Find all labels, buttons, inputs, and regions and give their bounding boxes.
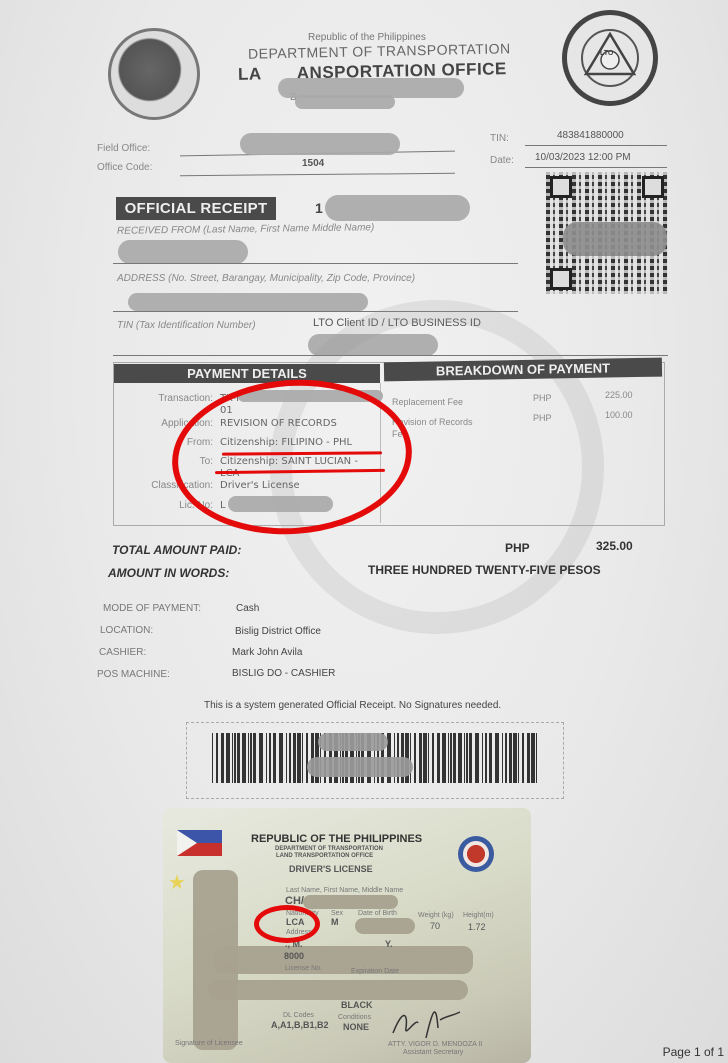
- qr-finder: [550, 268, 572, 290]
- drivers-license-card: REPUBLIC OF THE PHILIPPINES DEPARTMENT O…: [163, 808, 531, 1063]
- address-label: ADDRESS (No. Street, Barangay, Municipal…: [117, 273, 415, 284]
- weight-value: 70: [430, 921, 440, 931]
- height-value: 1.72: [468, 922, 486, 932]
- license-number-label: License No.: [285, 965, 322, 972]
- official-receipt-badge: OFFICIAL RECEIPT: [116, 197, 276, 220]
- date-line: [525, 167, 667, 168]
- dob-label: Date of Birth: [358, 910, 397, 917]
- official-name: ATTY. VIGOR D. MENDOZA II: [388, 1041, 482, 1048]
- cashier-label: CASHIER:: [99, 647, 146, 658]
- dl-codes-label: DL Codes: [283, 1012, 314, 1019]
- expiration-label: Expiration Date: [351, 968, 399, 975]
- total-currency: PHP: [505, 541, 530, 555]
- office-code-value: 1504: [302, 158, 324, 169]
- system-note: This is a system generated Official Rece…: [204, 700, 501, 711]
- redaction: [307, 757, 413, 777]
- lto-triangle-icon: [580, 28, 640, 88]
- breakdown-item-currency: PHP: [533, 393, 552, 403]
- lto-seal-icon: LTO: [562, 10, 658, 106]
- pos-value: BISLIG DO - CASHIER: [232, 668, 335, 679]
- redaction: [208, 980, 468, 1000]
- total-amount: 325.00: [596, 539, 633, 553]
- amount-words: THREE HUNDRED TWENTY-FIVE PESOS: [368, 563, 601, 577]
- breakdown-item-amount: 225.00: [605, 390, 633, 400]
- receipt-number: 1: [315, 200, 323, 216]
- office-code-line: [180, 173, 455, 176]
- redaction: [563, 222, 667, 256]
- philippine-flag-icon: [177, 830, 222, 856]
- qr-finder: [550, 176, 572, 198]
- redaction: [240, 133, 400, 155]
- license-dept: DEPARTMENT OF TRANSPORTATION: [275, 846, 383, 852]
- sex-value: M: [331, 917, 339, 927]
- date-label: Date:: [490, 155, 514, 166]
- signature-icon: [388, 998, 468, 1043]
- redaction: [213, 946, 473, 974]
- redaction: [128, 293, 368, 311]
- breakdown-item-amount: 100.00: [605, 410, 633, 420]
- license-republic: REPUBLIC OF THE PHILIPPINES: [251, 833, 422, 845]
- signature-label: Signature of Licensee: [175, 1040, 243, 1047]
- date-value: 10/03/2023 12:00 PM: [535, 152, 631, 163]
- weight-label: Weight (kg): [418, 912, 454, 919]
- breakdown-item-currency: PHP: [533, 413, 552, 423]
- receipt-paper: LTO Republic of the Philippines DEPARTME…: [0, 0, 728, 1063]
- payment-details-header: PAYMENT DETAILS: [114, 364, 380, 383]
- page-number: Page 1 of 1: [663, 1045, 724, 1059]
- mode-value: Cash: [236, 603, 259, 614]
- field-office-label: Field Office:: [97, 143, 150, 154]
- pos-label: POS MACHINE:: [97, 669, 170, 680]
- lto-seal-text: LTO: [600, 50, 613, 57]
- address-line-2: Y.: [385, 939, 393, 949]
- tin-label: TIN:: [490, 133, 509, 144]
- license-name-label: Last Name, First Name, Middle Name: [286, 887, 403, 894]
- redaction: [318, 733, 388, 751]
- tin-field-label: TIN (Tax Identification Number): [117, 320, 256, 331]
- eyes-value: BLACK: [341, 1000, 373, 1010]
- location-label: LOCATION:: [100, 625, 153, 636]
- annotation-circle: [254, 905, 320, 943]
- redaction: [295, 95, 395, 109]
- lto-card-seal-icon: [458, 836, 494, 872]
- received-from-label: RECEIVED FROM (Last Name, First Name Mid…: [117, 222, 374, 237]
- height-label: Height(m): [463, 912, 494, 919]
- location-value: Bislig District Office: [235, 626, 321, 637]
- redaction: [355, 918, 415, 934]
- office-code-label: Office Code:: [97, 162, 152, 173]
- address-zip: 8000: [284, 951, 304, 961]
- license-title: DRIVER'S LICENSE: [289, 864, 373, 874]
- qr-finder: [642, 176, 664, 198]
- conditions-value: NONE: [343, 1022, 369, 1032]
- total-label: TOTAL AMOUNT PAID:: [112, 543, 241, 557]
- sex-label: Sex: [331, 910, 343, 917]
- header-department: DEPARTMENT OF TRANSPORTATION: [248, 40, 511, 61]
- license-office: LAND TRANSPORTATION OFFICE: [276, 853, 373, 859]
- tin-line: [525, 145, 667, 146]
- cashier-value: Mark John Avila: [232, 647, 302, 658]
- redaction: [303, 895, 398, 909]
- amount-words-label: AMOUNT IN WORDS:: [108, 566, 229, 580]
- tin-value: 483841880000: [557, 130, 624, 141]
- redaction: [325, 195, 470, 221]
- dotr-seal-icon: [108, 28, 200, 120]
- breakdown-item-name: Replacement Fee: [392, 397, 463, 407]
- received-from-line: [113, 263, 518, 264]
- transaction-label: Transaction:: [118, 393, 213, 404]
- conditions-label: Conditions: [338, 1014, 371, 1021]
- redaction: [118, 240, 248, 264]
- mode-label: MODE OF PAYMENT:: [103, 603, 201, 614]
- header-republic: Republic of the Philippines: [308, 32, 426, 43]
- star-icon: ★: [168, 870, 186, 895]
- dl-codes-value: A,A1,B,B1,B2: [271, 1020, 329, 1030]
- official-title: Assistant Secretary: [403, 1049, 463, 1056]
